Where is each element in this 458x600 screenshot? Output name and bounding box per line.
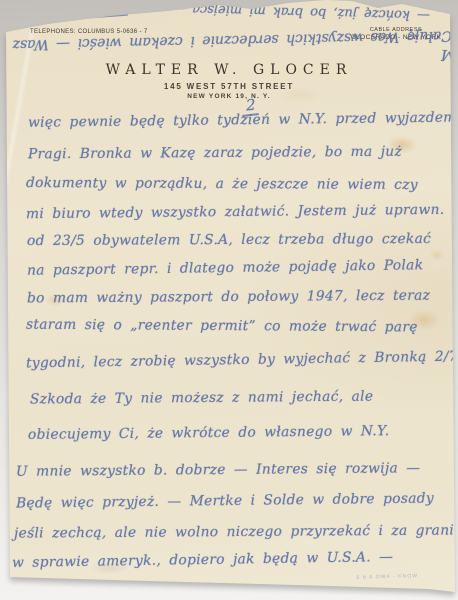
handwritten-line: staram się o „reenter permit” co może tr… [26,317,418,336]
handwritten-line: Pragi. Bronka w Kazę zaraz pojedzie, bo … [28,144,402,163]
letterhead-street: 145 WEST 57TH STREET [0,82,458,91]
handwritten-line: jeśli zechcą, ale nie wolno niczego przy… [14,522,458,541]
letterhead-city: NEW YORK 19, N. Y. [0,93,458,100]
scan-background: TELEPHONES: COLUMBUS 5-0636 - 7 CABLE AD… [0,0,458,600]
pen-stroke [62,14,128,21]
handwritten-line: U mnie wszystko b. dobrze — Interes się … [16,460,420,480]
handwritten-line: dokumenty w porządku, a że jeszcze nie w… [26,175,418,193]
archive-stamp: S b A OWA - KNOW [356,573,418,581]
handwritten-line: tygodni, lecz zrobię wszystko by wyjecha… [26,349,458,372]
handwritten-line: obiecujemy Ci, że wkrótce do własnego w … [28,423,390,443]
handwritten-line: bo mam ważny paszport do połowy 1947, le… [27,288,430,307]
handwritten-line: Będę więc przyjeż. — Mertke i Solde w do… [16,490,434,511]
paper-sheet: TELEPHONES: COLUMBUS 5-0636 - 7 CABLE AD… [0,0,458,600]
inverted-margin-note-fragment: M [441,46,456,64]
handwritten-line: od 23/5 obywatelem U.S.A, lecz trzeba dł… [27,231,431,249]
letterhead-name: WALTER W. GLOCER [0,62,458,78]
handwritten-line: mi biuro wtedy wszystko załatwić. Jestem… [26,202,445,222]
handwritten-line: Szkoda że Ty nie możesz z nami jechać, a… [30,389,373,408]
inverted-margin-note-line: — kończę już, bo brak mi miejsca — [150,0,430,22]
handwritten-line: więc pewnie będę tylko tydzień w N.Y. pr… [28,109,458,131]
handwritten-line: w sprawie ameryk., dopiero jak będą w U.… [12,549,393,571]
handwritten-line: na paszport repr. i dlatego może pojadę … [27,257,424,279]
letter-paper: TELEPHONES: COLUMBUS 5-0636 - 7 CABLE AD… [0,0,458,600]
